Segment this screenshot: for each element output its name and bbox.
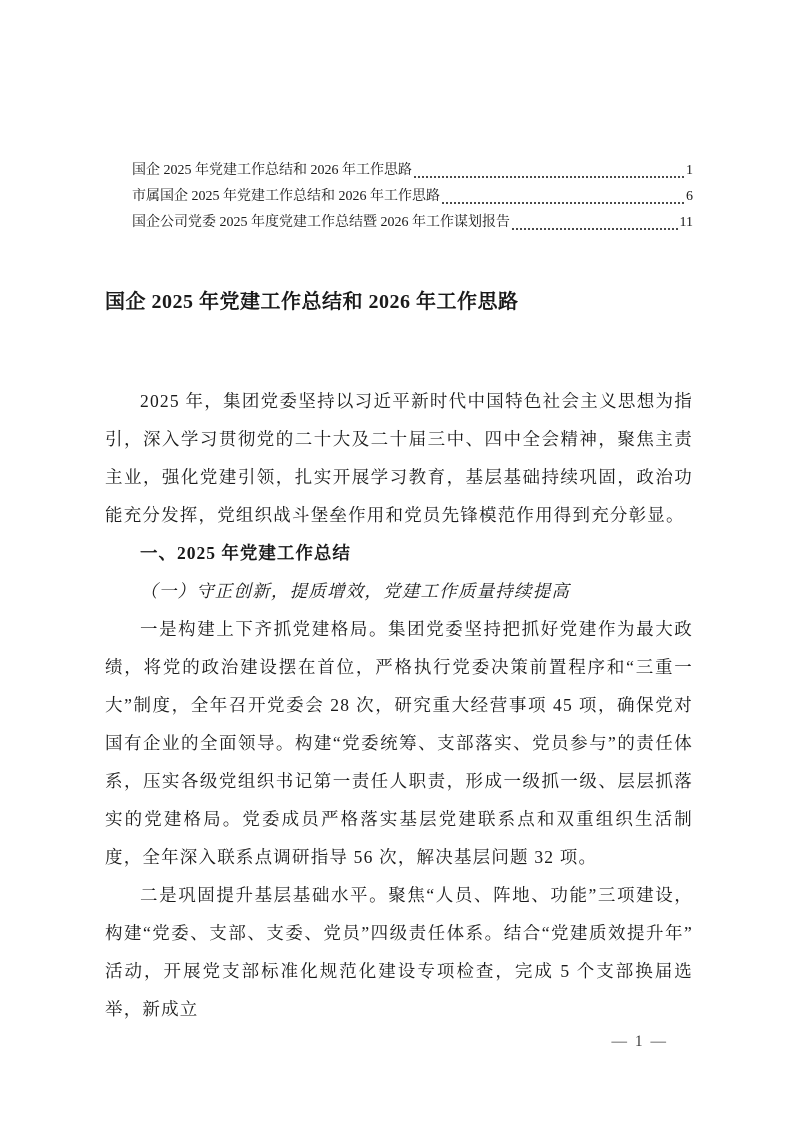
page-number: — 1 — <box>612 1030 669 1054</box>
toc-entry[interactable]: 市属国企 2025 年党建工作总结和 2026 年工作思路 6 <box>132 182 693 208</box>
toc-dot-leader <box>414 176 684 178</box>
toc-page-number: 6 <box>686 186 693 208</box>
section-heading: 一、2025 年党建工作总结 <box>105 534 693 572</box>
toc-entry[interactable]: 国企 2025 年党建工作总结和 2026 年工作思路 1 <box>132 156 693 182</box>
subsection-heading: （一）守正创新，提质增效，党建工作质量持续提高 <box>105 572 693 610</box>
table-of-contents: 国企 2025 年党建工作总结和 2026 年工作思路 1 市属国企 2025 … <box>132 156 693 234</box>
paragraph-intro: 2025 年，集团党委坚持以习近平新时代中国特色社会主义思想为指引，深入学习贯彻… <box>105 382 693 534</box>
document-body: 2025 年，集团党委坚持以习近平新时代中国特色社会主义思想为指引，深入学习贯彻… <box>105 382 693 1028</box>
document-title: 国企 2025 年党建工作总结和 2026 年工作思路 <box>105 287 693 317</box>
paragraph-point-1: 一是构建上下齐抓党建格局。集团党委坚持把抓好党建作为最大政绩，将党的政治建设摆在… <box>105 610 693 876</box>
toc-dot-leader <box>442 202 684 204</box>
toc-entry-title: 国企 2025 年党建工作总结和 2026 年工作思路 <box>132 160 412 182</box>
toc-page-number: 11 <box>680 212 693 234</box>
toc-entry[interactable]: 国企公司党委 2025 年度党建工作总结暨 2026 年工作谋划报告 11 <box>132 208 693 234</box>
toc-dot-leader <box>512 228 678 230</box>
paragraph-point-2: 二是巩固提升基层基础水平。聚焦“人员、阵地、功能”三项建设，构建“党委、支部、支… <box>105 876 693 1028</box>
toc-entry-title: 国企公司党委 2025 年度党建工作总结暨 2026 年工作谋划报告 <box>132 212 510 234</box>
document-page: 国企 2025 年党建工作总结和 2026 年工作思路 1 市属国企 2025 … <box>0 0 793 1122</box>
toc-entry-title: 市属国企 2025 年党建工作总结和 2026 年工作思路 <box>132 186 440 208</box>
toc-page-number: 1 <box>686 160 693 182</box>
